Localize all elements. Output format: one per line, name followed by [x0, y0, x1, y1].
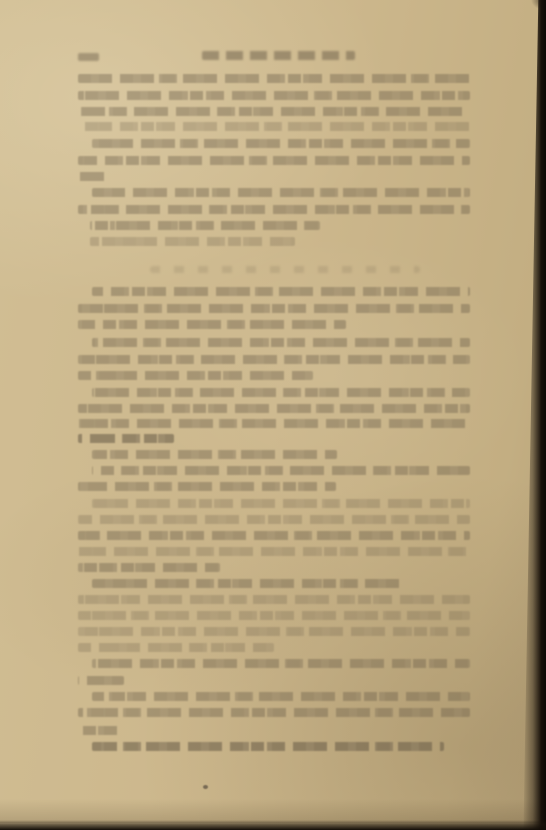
- text-line: [78, 627, 470, 636]
- text-line: [92, 450, 337, 459]
- text-line: [92, 287, 470, 296]
- text-line: [92, 692, 470, 701]
- text-line: [92, 139, 470, 148]
- text-line: [78, 515, 470, 524]
- text-line: [78, 643, 274, 652]
- text-line: [92, 499, 470, 508]
- text-line: [78, 595, 470, 604]
- text-line: [78, 91, 470, 100]
- text-line: [78, 172, 110, 181]
- text-line: [78, 107, 466, 116]
- text-line: [78, 676, 124, 685]
- text-line: [92, 388, 470, 397]
- text-line: [92, 659, 470, 668]
- text-line: [78, 611, 470, 620]
- text-line: [92, 188, 470, 197]
- text-line: [78, 547, 470, 556]
- scan-edge-shadow-right: [522, 0, 546, 830]
- text-line: [92, 338, 470, 347]
- text-line: [78, 726, 118, 735]
- text-line: [78, 531, 470, 540]
- text-line: [78, 355, 470, 364]
- text-line: [78, 482, 336, 491]
- text-line: [78, 708, 470, 717]
- ink-dot: [203, 785, 208, 789]
- text-line: [92, 742, 444, 751]
- text-line: [92, 579, 400, 588]
- text-line: [78, 205, 470, 214]
- text-line: [78, 563, 220, 572]
- scene-break-line: [150, 266, 420, 273]
- text-line: [78, 404, 470, 413]
- text-line: [90, 221, 320, 230]
- text-line: [90, 237, 295, 246]
- text-line: [78, 304, 470, 313]
- text-line: [78, 419, 470, 428]
- scan-edge-shadow-bottom: [0, 820, 546, 830]
- running-head-blob: [202, 51, 355, 60]
- text-line: [92, 466, 470, 475]
- text-line: [78, 156, 470, 165]
- text-line: [78, 320, 346, 329]
- page-number-blob: [78, 53, 99, 61]
- text-line: [78, 371, 313, 380]
- text-line: [78, 122, 470, 131]
- text-line: [78, 434, 174, 443]
- scanned-page: [0, 0, 546, 830]
- text-line: [78, 74, 470, 83]
